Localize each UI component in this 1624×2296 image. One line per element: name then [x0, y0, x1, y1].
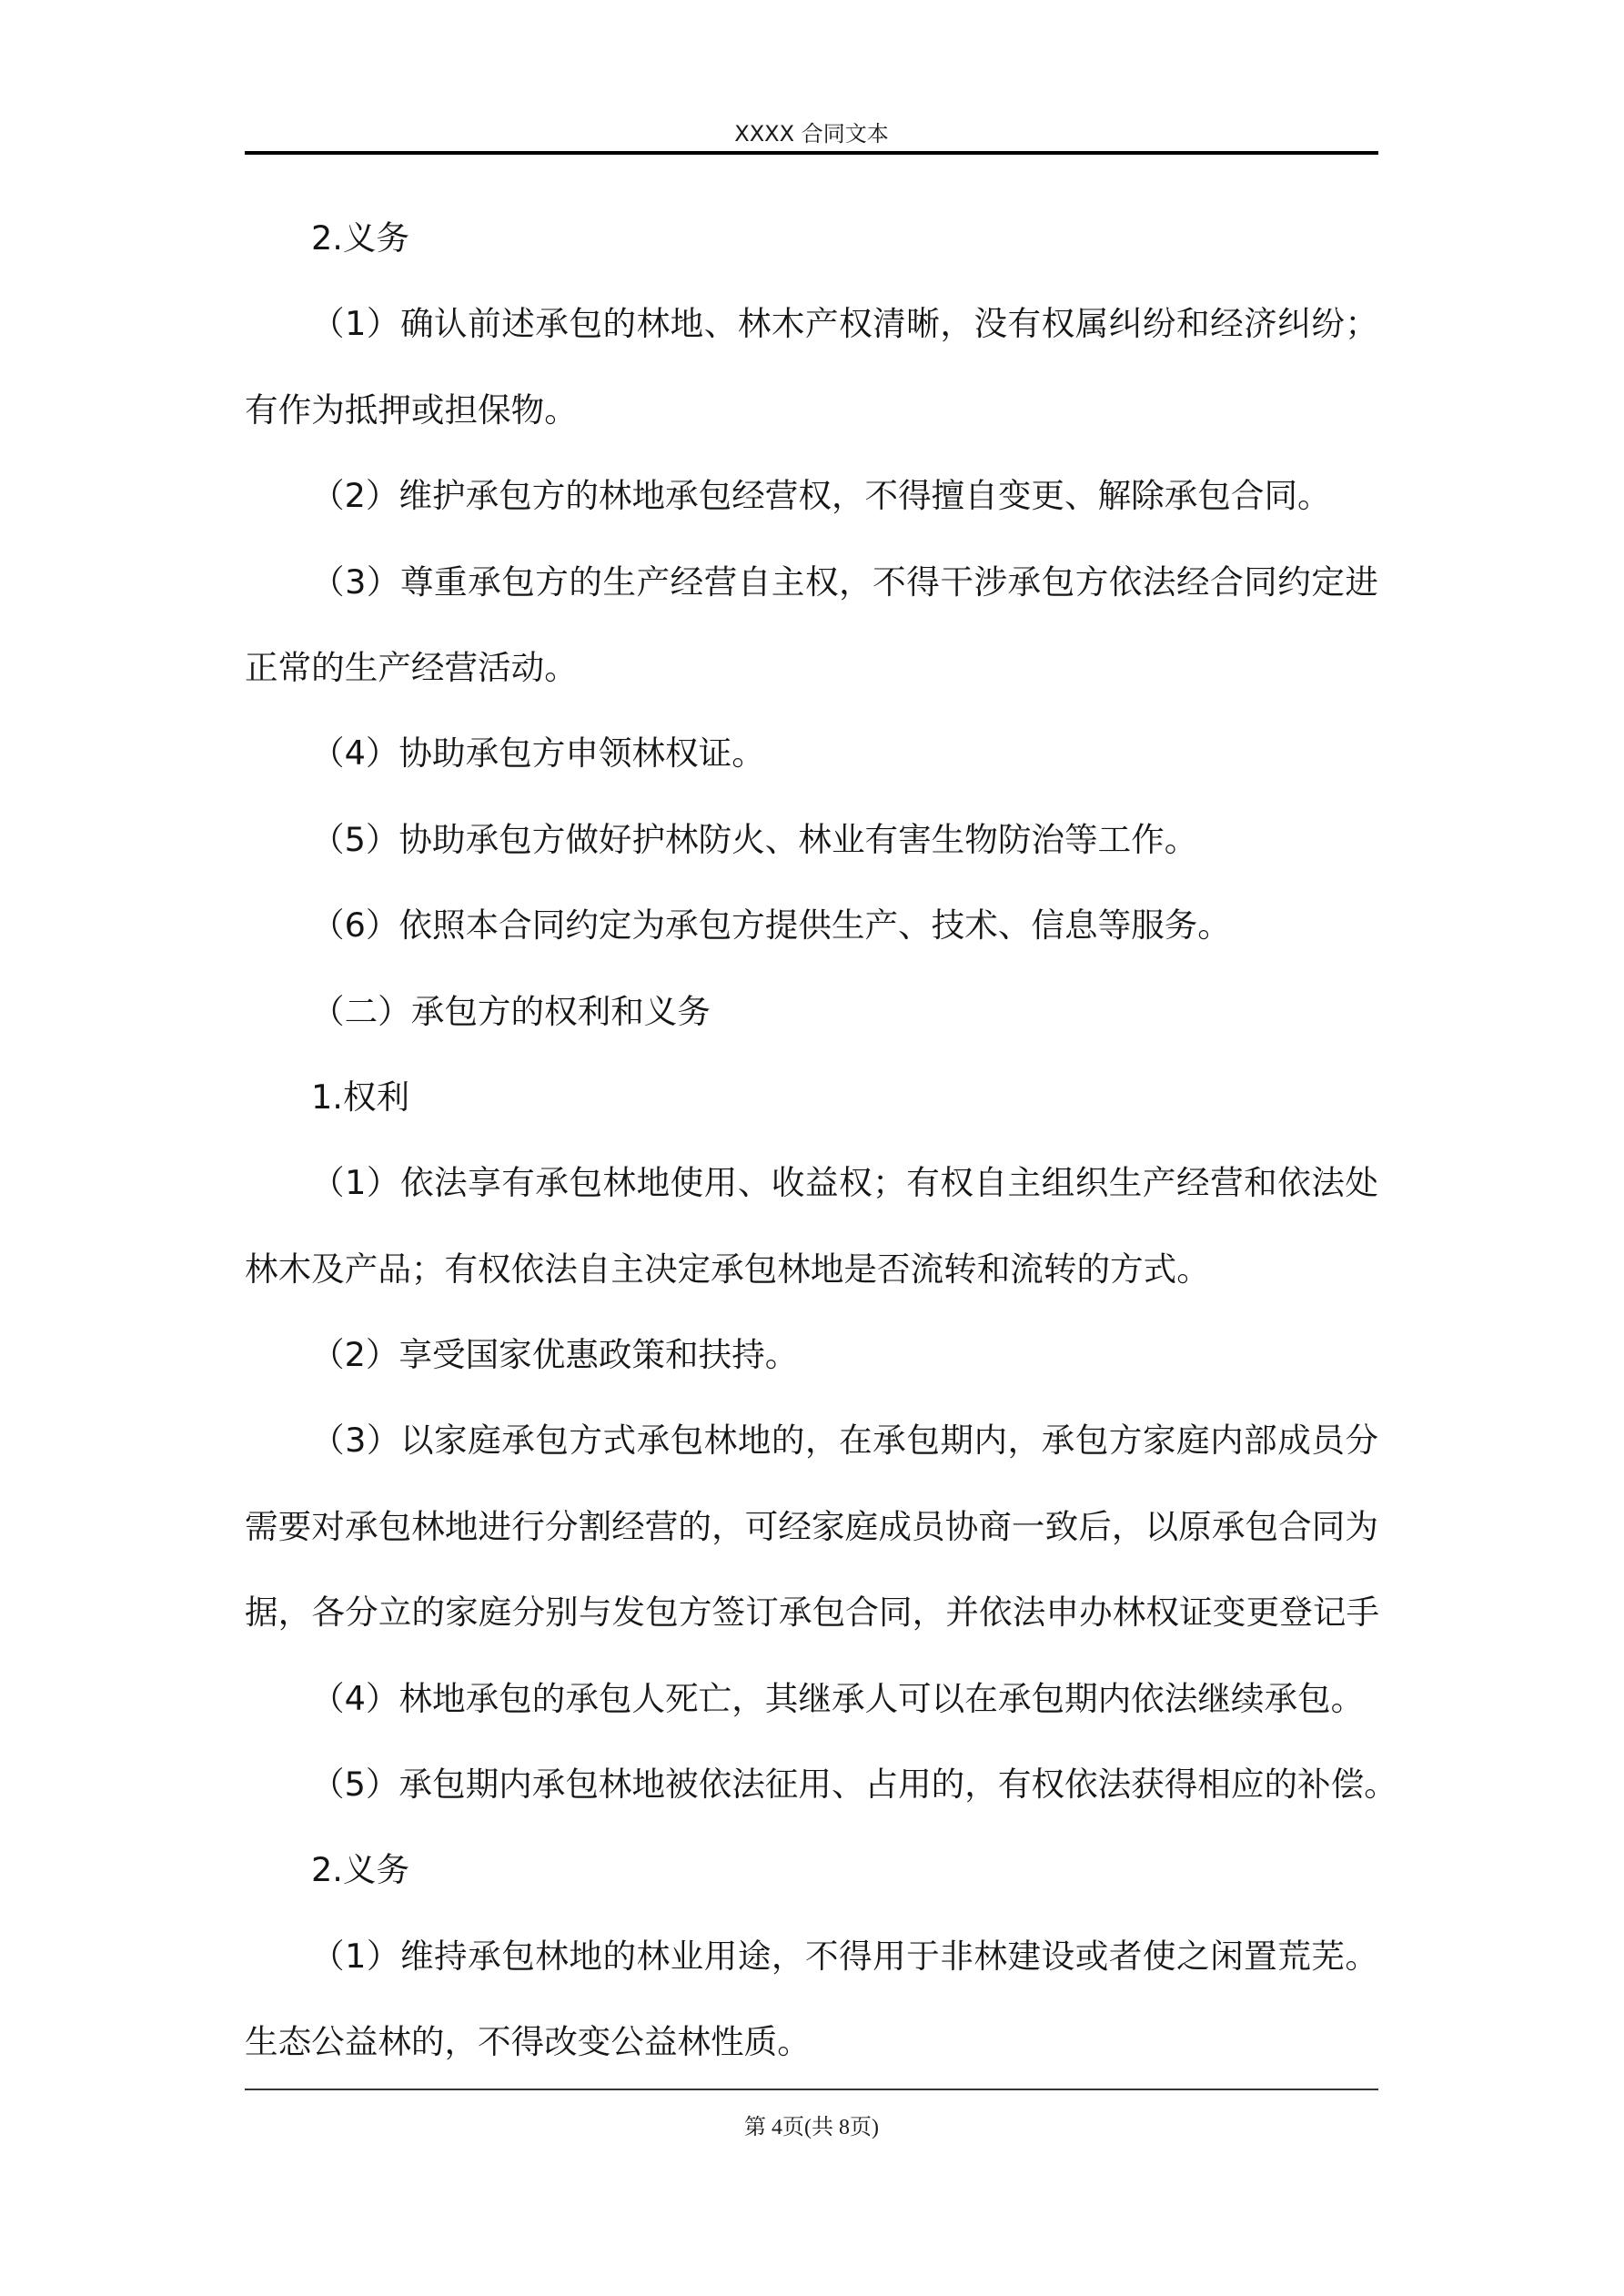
paragraph-line: 据，各分立的家庭分别与发包方签订承包合同，并依法申办林权证变更登记手续。 — [245, 1570, 1378, 1655]
section-heading-contractor-rights-obligations: （二）承包方的权利和义务 — [245, 969, 1378, 1055]
paragraph-line: （4）林地承包的承包人死亡，其继承人可以在承包期内依法继续承包。 — [245, 1656, 1378, 1742]
paragraph-line: （4）协助承包方申领林权证。 — [245, 711, 1378, 796]
section-heading-rights: 1.权利 — [245, 1055, 1378, 1140]
document-body: 2.义务 （1）确认前述承包的林地、林木产权清晰，没有权属纠纷和经济纠纷；没 有… — [245, 196, 1378, 2086]
paragraph-line: （2）享受国家优惠政策和扶持。 — [245, 1312, 1378, 1398]
page-number: 第 4页(共 8页) — [245, 2113, 1378, 2142]
paragraph-line: （5）协助承包方做好护林防火、林业有害生物防治等工作。 — [245, 797, 1378, 883]
paragraph-line: 生态公益林的，不得改变公益林性质。 — [245, 1999, 1378, 2085]
section-heading-obligations: 2.义务 — [245, 196, 1378, 281]
paragraph-line: （3）尊重承包方的生产经营自主权，不得干涉承包方依法经合同约定进行 — [245, 540, 1378, 625]
running-header-title: XXXX 合同文本 — [245, 119, 1378, 148]
paragraph-line: （6）依照本合同约定为承包方提供生产、技术、信息等服务。 — [245, 883, 1378, 968]
paragraph-line: （1）依法享有承包林地使用、收益权；有权自主组织生产经营和依法处置 — [245, 1140, 1378, 1226]
paragraph-line: （1）确认前述承包的林地、林木产权清晰，没有权属纠纷和经济纠纷；没 — [245, 281, 1378, 367]
paragraph-line: （2）维护承包方的林地承包经营权，不得擅自变更、解除承包合同。 — [245, 453, 1378, 539]
paragraph-line: （5）承包期内承包林地被依法征用、占用的，有权依法获得相应的补偿。 — [245, 1742, 1378, 1827]
paragraph-line: （1）维持承包林地的林业用途，不得用于非林建设或者使之闲置荒芜。属 — [245, 1914, 1378, 1999]
paragraph-line: 需要对承包林地进行分割经营的，可经家庭成员协商一致后，以原承包合同为依 — [245, 1484, 1378, 1570]
footer-divider — [245, 2089, 1378, 2090]
paragraph-line: 正常的生产经营活动。 — [245, 625, 1378, 711]
section-heading-obligations: 2.义务 — [245, 1827, 1378, 1913]
paragraph-line: （3）以家庭承包方式承包林地的，在承包期内，承包方家庭内部成员分户 — [245, 1398, 1378, 1483]
header-divider — [245, 151, 1378, 155]
document-page: XXXX 合同文本 2.义务 （1）确认前述承包的林地、林木产权清晰，没有权属纠… — [0, 0, 1624, 2296]
paragraph-line: 林木及产品；有权依法自主决定承包林地是否流转和流转的方式。 — [245, 1227, 1378, 1312]
paragraph-line: 有作为抵押或担保物。 — [245, 368, 1378, 453]
